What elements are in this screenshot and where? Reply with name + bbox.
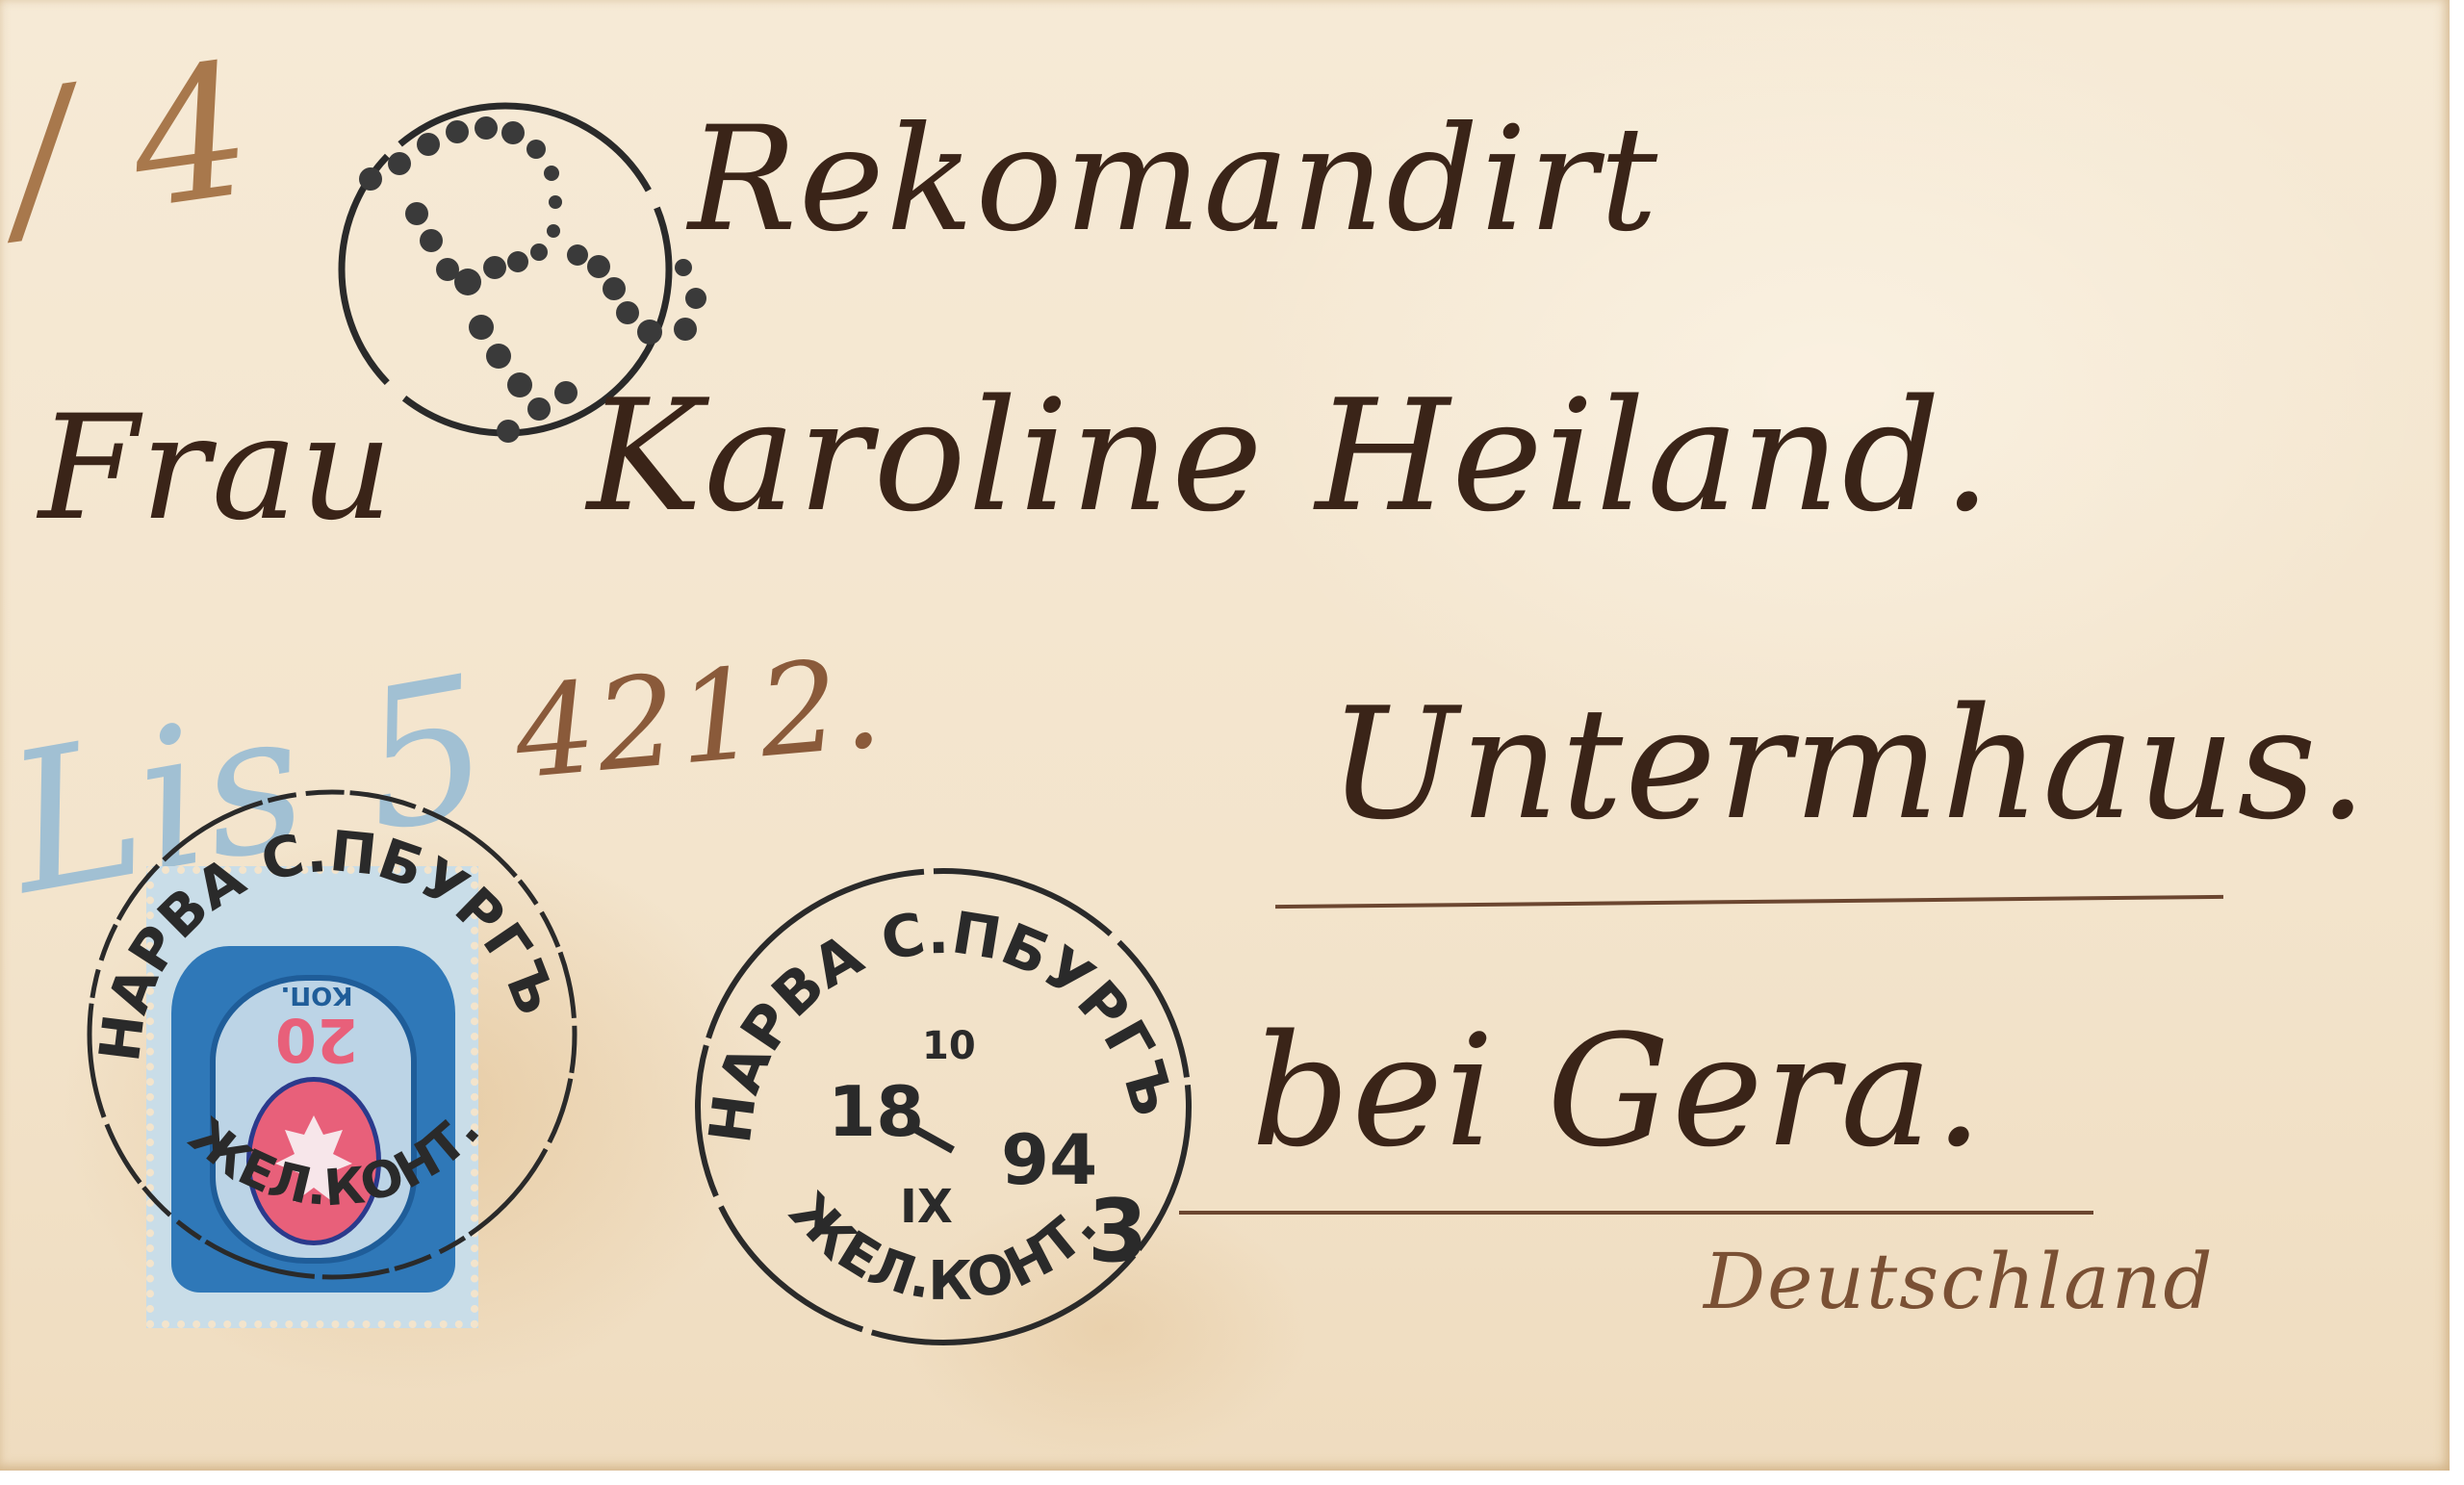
underline-city [1179, 1211, 2093, 1215]
underline-town [1275, 895, 2223, 909]
svg-text:IX: IX [900, 1180, 953, 1234]
address-recipient-name: Karoline Heiland. [587, 366, 1993, 546]
svg-text:18: 18 [828, 1071, 924, 1152]
address-title-frau: Frau [38, 385, 395, 552]
svg-text:10: 10 [922, 1024, 976, 1068]
svg-text:ЖЕЛ.КОНТ.: ЖЕЛ.КОНТ. [178, 1102, 491, 1218]
address-town: Untermhaus. [1328, 674, 2370, 854]
svg-text:3: 3 [1088, 1181, 1148, 1282]
address-country: Deutschland [1704, 1237, 2215, 1326]
postmark-on-stamp: НАРВА С.ПБУРГЪ ЖЕЛ.КОНТ. [72, 775, 592, 1294]
postmark-narva-spb: НАРВА С.ПБУРГЪ ЖЕЛ.КОНТ. 10 18 94 IX 3 [683, 857, 1203, 1357]
svg-text:94: 94 [1001, 1119, 1097, 1200]
pencil-annotation-top-left: / 4 [0, 23, 265, 268]
envelope: / 4 Lis 5 Rekomandirt Frau Karoline Heil… [0, 0, 2450, 1471]
address-line-rekomandirt: Rekomandirt [688, 96, 1659, 264]
address-city: bei Gera. [1251, 1001, 1985, 1181]
